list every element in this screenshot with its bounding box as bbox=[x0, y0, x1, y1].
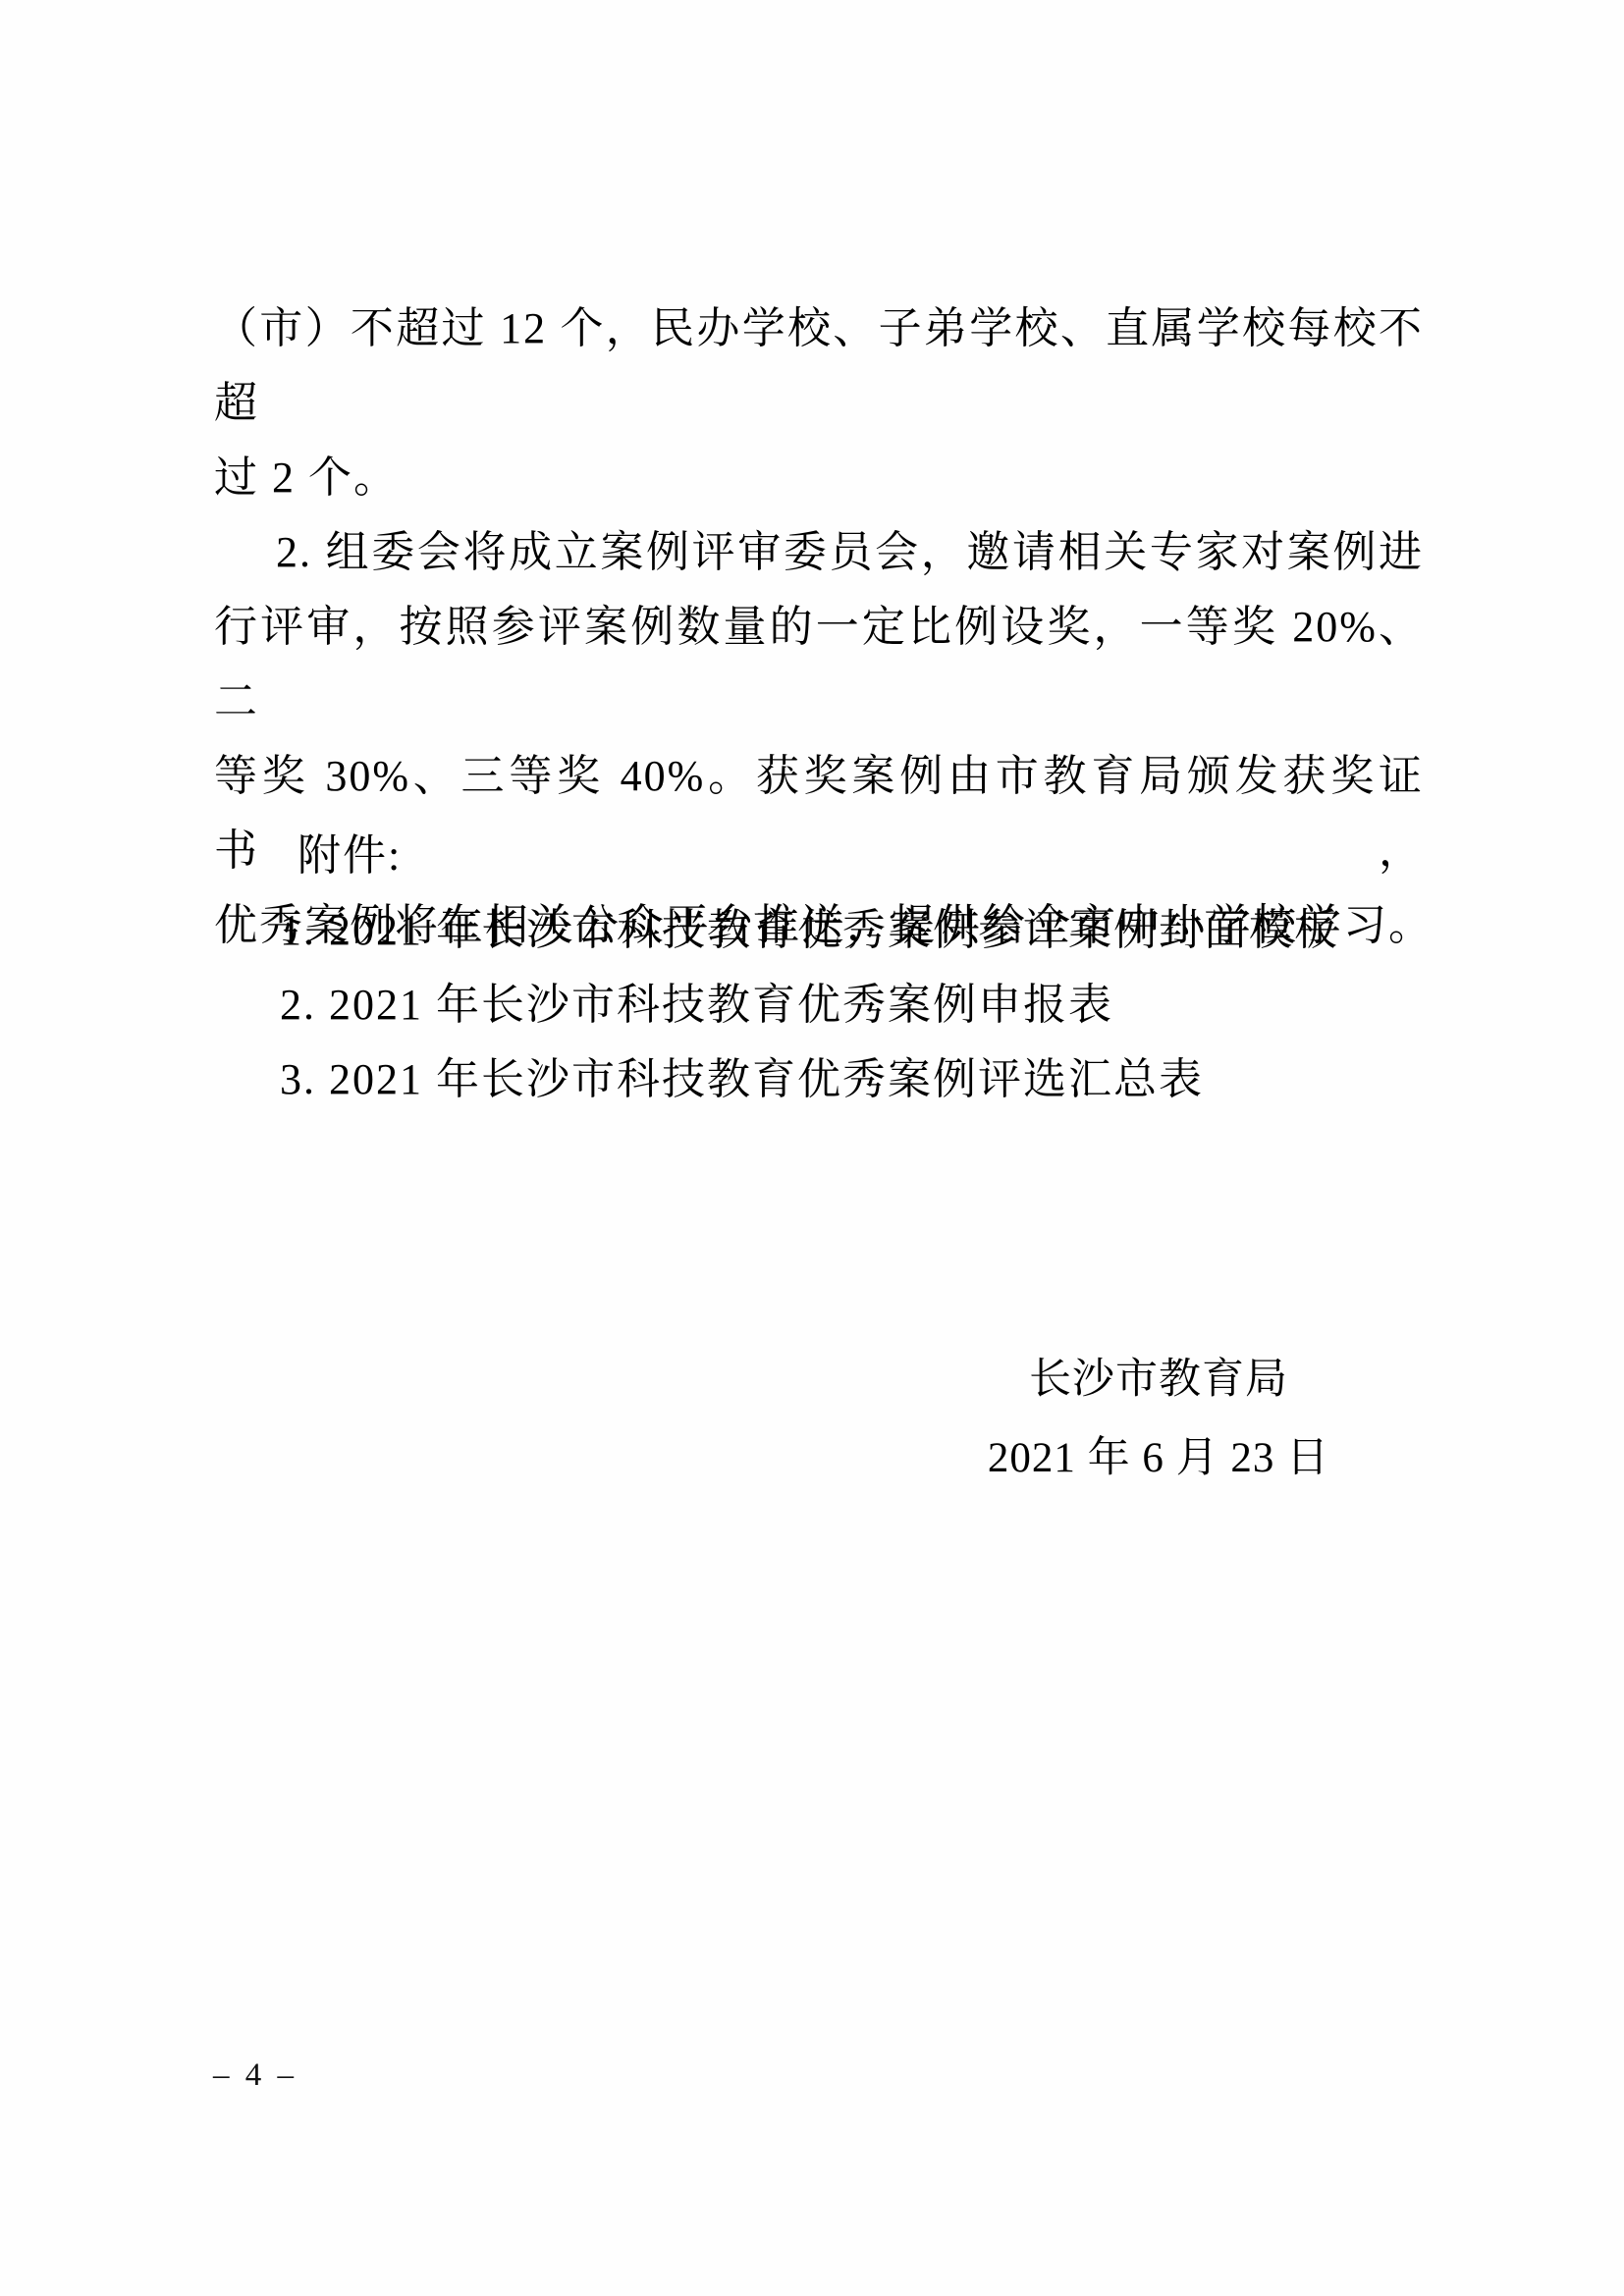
attachment-item: 2. 2021 年长沙市科技教育优秀案例申报表 bbox=[214, 968, 1424, 1042]
body-line: （市）不超过 12 个，民办学校、子弟学校、直属学校每校不超 bbox=[214, 292, 1424, 441]
signature-organization: 长沙市教育局 bbox=[962, 1341, 1355, 1419]
signature-date: 2021 年 6 月 23 日 bbox=[962, 1419, 1355, 1498]
body-line: 行评审，按照参评案例数量的一定比例设奖，一等奖 20%、二 bbox=[214, 590, 1424, 739]
attachment-item: 1. 2021 年长沙市科技教育优秀案例参评案例封面模板 bbox=[214, 893, 1424, 968]
attachment-item: 3. 2021 年长沙市科技教育优秀案例评选汇总表 bbox=[214, 1042, 1424, 1117]
attachments-label: 附件: bbox=[214, 819, 1424, 893]
attachments-section: 附件: 1. 2021 年长沙市科技教育优秀案例参评案例封面模板 2. 2021… bbox=[214, 819, 1424, 1117]
page-number: – 4 – bbox=[177, 2056, 334, 2095]
body-line: 2. 组委会将成立案例评审委员会，邀请相关专家对案例进 bbox=[214, 515, 1424, 590]
body-line: 过 2 个。 bbox=[214, 441, 1424, 515]
signature-block: 长沙市教育局 2021 年 6 月 23 日 bbox=[962, 1341, 1355, 1498]
document-page: （市）不超过 12 个，民办学校、子弟学校、直属学校每校不超 过 2 个。 2.… bbox=[0, 0, 1624, 2296]
